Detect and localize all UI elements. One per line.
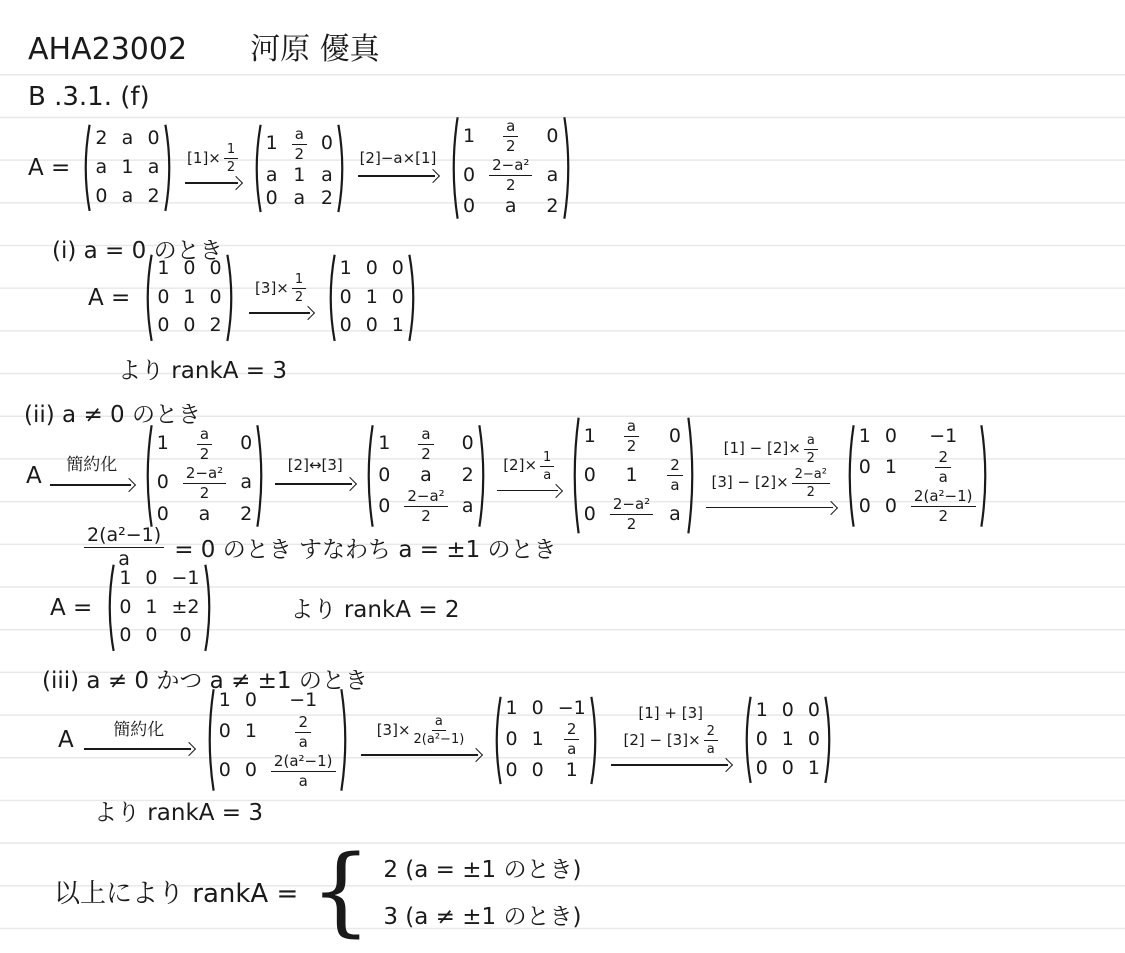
- matrix-cell: 2: [95, 129, 107, 149]
- matrix-cells: 10−101±2000: [115, 562, 203, 654]
- numerator: a: [432, 715, 446, 731]
- matrix-cell: 0: [119, 598, 131, 618]
- matrix-cell: a: [505, 197, 517, 217]
- reduction-label: 簡約化: [66, 456, 117, 476]
- matrix-cell: −1: [172, 569, 200, 589]
- right-paren: [824, 694, 835, 786]
- matrix-cell: 0: [462, 434, 474, 454]
- matrix-cell: 1: [219, 691, 231, 711]
- matrix-cell: −1: [289, 691, 317, 711]
- matrix-cell: 0: [340, 288, 352, 308]
- matrix-cell: 2: [210, 316, 222, 336]
- condition-text: = 0 のとき すなわち a = ±1 のとき: [174, 531, 556, 564]
- matrix-cell: a: [420, 466, 432, 486]
- matrix-cell: −1: [929, 427, 957, 447]
- matrix-cell: a2: [197, 427, 212, 462]
- left-paren: [80, 122, 91, 214]
- row-op-arrow: [2]× 1a: [497, 451, 561, 501]
- right-paren: [337, 122, 348, 215]
- matrix-cell: 0: [463, 166, 475, 186]
- row-op-arrow: [1]× 12: [185, 143, 241, 193]
- matrix-cell: 0: [245, 691, 257, 711]
- matrix-cell: a: [122, 129, 134, 149]
- matrix-cell: 0: [392, 288, 404, 308]
- matrix-cell: 0: [219, 722, 231, 742]
- fraction: 12: [292, 273, 306, 304]
- matrix-cell: 0: [157, 316, 169, 336]
- matrix-cell: a2: [292, 127, 307, 162]
- matrix-cell: 0: [584, 466, 596, 486]
- fraction: 12: [224, 143, 238, 174]
- matrix-lhs: A =: [88, 285, 130, 311]
- matrix-cell: 2: [240, 505, 252, 525]
- left-paren: [363, 422, 374, 530]
- left-paren: [251, 122, 262, 215]
- matrix-cell: 0: [782, 759, 794, 779]
- fraction: a2(a²−1): [414, 715, 465, 746]
- reduction-line-1: A = 2a0a1a0a2 [1]× 12 1a20a1a0a2 [2]−a×[…: [28, 114, 574, 222]
- row-op-label: [1] + [3]: [638, 705, 703, 722]
- arrow-line: [84, 743, 194, 755]
- matrix-cell: 1: [566, 761, 578, 781]
- matrix-cell: 0: [183, 259, 195, 279]
- matrix-cell: ±2: [172, 598, 200, 618]
- matrix: 2a0a1a0a2: [80, 122, 174, 214]
- right-paren: [408, 252, 419, 344]
- row-op-arrow: [3]× 12: [249, 273, 313, 323]
- denominator: 2(a²−1): [414, 731, 465, 746]
- denominator: a: [543, 467, 551, 482]
- left-paren: [142, 422, 153, 530]
- matrix-cell: a: [547, 166, 559, 186]
- matrix-cell: a2: [418, 427, 433, 462]
- fraction: 1a: [540, 451, 554, 482]
- matrix-cell: 2a: [667, 458, 683, 493]
- matrix-cell: 1: [119, 569, 131, 589]
- matrix: 1a2002−a²2a0a2: [448, 114, 574, 222]
- row-op-label: [2]↔[3]: [288, 457, 343, 474]
- right-paren: [687, 414, 698, 537]
- final-case-rank2: 2 (a = ±1 のとき): [383, 851, 581, 884]
- matrix-cell: a: [199, 505, 211, 525]
- matrix-cell: 2(a²−1)a: [271, 754, 336, 789]
- right-paren: [256, 422, 267, 530]
- matrix-cell: 0: [378, 497, 390, 517]
- left-paren: [741, 694, 752, 786]
- arrow-line: [275, 478, 355, 490]
- left-paren: [844, 422, 855, 530]
- row-op-label: [2]−a×[1]: [360, 150, 437, 167]
- right-paren: [590, 694, 601, 787]
- matrix-cell: 0: [95, 187, 107, 207]
- matrix-cell: 1: [183, 288, 195, 308]
- numerator: 2: [704, 725, 718, 741]
- matrix-cell: 0: [366, 259, 378, 279]
- right-paren: [164, 122, 175, 214]
- matrix-cell: 0: [506, 730, 518, 750]
- matrix: 1a20012a02−a²2a: [569, 414, 698, 537]
- reduction-arrow: 簡約化: [50, 456, 134, 495]
- matrix-cell: 0: [584, 505, 596, 525]
- matrix-cell: 2−a²2: [610, 497, 653, 532]
- denominator: 2: [227, 159, 235, 174]
- final-case-rank3: 3 (a ≠ ±1 のとき): [383, 898, 581, 931]
- denominator: 2: [807, 484, 815, 499]
- matrix-cell: a2: [503, 119, 518, 154]
- row-op-label: [1] − [2]× a2: [724, 434, 818, 465]
- matrix-cell: 1: [782, 730, 794, 750]
- row-op-label: [2] − [3]× 2a: [623, 725, 717, 756]
- left-paren: [204, 686, 215, 794]
- fraction: 2a: [704, 725, 718, 756]
- right-paren: [204, 562, 215, 654]
- denominator: 2: [807, 450, 815, 465]
- student-name: 河原 優真: [250, 32, 380, 67]
- final-conclusion: 以上により rankA = { 2 (a = ±1 のとき) 3 (a ≠ ±1…: [54, 848, 581, 934]
- final-cases: 2 (a = ±1 のとき) 3 (a ≠ ±1 のとき): [383, 851, 581, 931]
- matrix-cell: a2: [624, 419, 639, 454]
- matrix-cell: 0: [240, 434, 252, 454]
- matrix-cell: 0: [245, 761, 257, 781]
- matrix-cell: 0: [546, 127, 558, 147]
- right-paren: [340, 686, 351, 794]
- denominator: a: [707, 741, 715, 756]
- matrix-cell: 0: [210, 288, 222, 308]
- matrix-cell: a: [240, 473, 252, 493]
- matrix-cells: 1a200a202−a²2a: [374, 422, 478, 530]
- arrow-line: [185, 177, 241, 189]
- numerator: 1: [540, 451, 554, 467]
- matrix: 100010002: [142, 252, 236, 344]
- row-op-text: [1]×: [187, 150, 221, 167]
- matrix-cell: 1: [366, 288, 378, 308]
- matrix-cell: a: [266, 166, 278, 186]
- matrix-cell: 0: [157, 288, 169, 308]
- matrix-cell: a: [462, 497, 474, 517]
- matrix: 10−1012a001: [491, 694, 601, 787]
- matrix-cell: 1: [293, 166, 305, 186]
- matrix-cell: 0: [756, 730, 768, 750]
- problem-number: B .3.1. (f): [28, 82, 150, 112]
- matrix-cell: 1: [463, 127, 475, 147]
- matrix-cells: 1a2002−a²2a0a2: [459, 114, 563, 222]
- matrix-cell: 0: [148, 129, 160, 149]
- numerator: a: [804, 434, 818, 450]
- row-op-text: [3]×: [255, 280, 289, 297]
- matrix-cells: 1a20012a02−a²2a: [580, 414, 687, 537]
- matrix-cell: 2: [546, 197, 558, 217]
- matrix-cell: 0: [885, 497, 897, 517]
- matrix-cell: 2−a²2: [404, 489, 447, 524]
- row-op-arrow: [2]−a×[1]: [358, 150, 438, 186]
- arrow-line: [611, 759, 731, 771]
- matrix-cell: 0: [210, 259, 222, 279]
- arrow-line: [50, 479, 134, 491]
- row-op-text: [1] − [2]×: [724, 440, 801, 457]
- matrix-cell: 2: [462, 466, 474, 486]
- matrix-cell: a: [321, 166, 333, 186]
- matrix-cell: 0: [756, 759, 768, 779]
- row-op-text: [3] − [2]×: [711, 474, 788, 491]
- matrix-cell: 0: [463, 197, 475, 217]
- header-line: AHA23002 河原 優真: [28, 24, 380, 68]
- left-paren: [104, 562, 115, 654]
- matrix-cell: 1: [157, 434, 169, 454]
- matrix-cell: 1: [157, 259, 169, 279]
- matrix-cell: 2a: [935, 450, 951, 485]
- matrix-cell: 2: [148, 187, 160, 207]
- matrix-cell: 0: [808, 730, 820, 750]
- matrix-cell: −1: [558, 699, 586, 719]
- row-op-arrow: [1] − [2]× a2 [3] − [2]× 2−a²2: [706, 434, 836, 518]
- row-op-text: [2] − [3]×: [623, 732, 700, 749]
- matrix-cells: 10−1012a002(a²−1)a: [215, 686, 340, 794]
- right-paren: [226, 252, 237, 344]
- matrix-cell: 1: [885, 458, 897, 478]
- matrix-cell: 1: [121, 158, 133, 178]
- matrix-cell: 0: [859, 458, 871, 478]
- row-op-label: [1]× 12: [187, 143, 238, 174]
- right-paren: [563, 114, 574, 222]
- fraction: 2−a²2: [792, 468, 830, 499]
- arrow-line: [361, 749, 481, 761]
- matrix-cell: 2a: [564, 722, 580, 757]
- matrix-cell: 0: [321, 134, 333, 154]
- case-i-reduction: A = 100010002 [3]× 12 100010001: [88, 252, 419, 344]
- matrix-cell: 0: [378, 466, 390, 486]
- matrix-cell: 0: [145, 569, 157, 589]
- reduction-label: 簡約化: [113, 721, 164, 741]
- row-op-text: [3]×: [377, 722, 411, 739]
- matrix-cell: a: [148, 158, 160, 178]
- numerator: 1: [224, 143, 238, 159]
- matrix-cell: 0: [157, 473, 169, 493]
- matrix-cell: 0: [119, 626, 131, 646]
- matrix: 1a2002−a²2a0a2: [142, 422, 268, 530]
- matrix-cell: 0: [340, 316, 352, 336]
- matrix-cell: 0: [145, 626, 157, 646]
- denominator: 2: [295, 289, 303, 304]
- matrix-cell: a: [122, 187, 134, 207]
- matrix: 10−1012a002(a²−1)a: [204, 686, 351, 794]
- matrix-cell: 1: [532, 730, 544, 750]
- matrix: 10−1012a002(a²−1)2: [844, 422, 991, 530]
- matrix-cells: 10−1012a002(a²−1)2: [855, 422, 980, 530]
- right-paren: [478, 422, 489, 530]
- matrix-cell: 2−a²2: [183, 466, 226, 501]
- matrix-cell: 2(a²−1)2: [911, 489, 976, 524]
- matrix-cells: 100010001: [752, 694, 824, 786]
- matrix-cell: 0: [266, 189, 278, 209]
- matrix-cell: 1: [625, 466, 637, 486]
- matrix-cell: 2a: [295, 715, 311, 750]
- row-op-label: [3] − [2]× 2−a²2: [711, 468, 830, 499]
- matrix-cell: 0: [366, 316, 378, 336]
- left-paren: [491, 694, 502, 787]
- matrix-cell: 0: [859, 497, 871, 517]
- brace-icon: {: [310, 848, 371, 934]
- row-op-arrow: [3]× a2(a²−1): [361, 715, 481, 765]
- row-op-label: [2]× 1a: [503, 451, 554, 482]
- matrix-cell: 1: [378, 434, 390, 454]
- matrix-cell: 2: [321, 189, 333, 209]
- matrix-cell: 0: [808, 701, 820, 721]
- matrix-cell: 1: [245, 722, 257, 742]
- arrow-line: [706, 502, 836, 514]
- matrix-cell: 1: [756, 701, 768, 721]
- left-paren: [448, 114, 459, 222]
- notebook-page: AHA23002 河原 優真 B .3.1. (f) A = 2a0a1a0a2…: [0, 0, 1125, 953]
- numerator: 1: [292, 273, 306, 289]
- matrix: 10−101±2000: [104, 562, 214, 654]
- matrix-lhs: A =: [50, 595, 92, 621]
- matrix-cells: 1a2002−a²2a0a2: [153, 422, 257, 530]
- matrix-cell: 0: [506, 761, 518, 781]
- matrix-cells: 100010002: [153, 252, 225, 344]
- row-op-label: [3]× 12: [255, 273, 306, 304]
- course-id: AHA23002: [28, 32, 187, 67]
- left-paren: [569, 414, 580, 537]
- matrix-cell: 0: [885, 427, 897, 447]
- matrix-cell: a: [96, 158, 108, 178]
- final-lead: 以上により rankA =: [54, 873, 298, 910]
- reduction-arrow: 簡約化: [84, 721, 194, 760]
- case-ii-result: A = 10−101±2000 より rankA = 2: [50, 562, 460, 654]
- matrix-cell: 1: [506, 699, 518, 719]
- right-paren: [980, 422, 991, 530]
- matrix-cells: 100010001: [336, 252, 408, 344]
- matrix-cell: a: [293, 189, 305, 209]
- case-i-conclusion: より rankA = 3: [118, 352, 287, 385]
- matrix-cell: 1: [392, 316, 404, 336]
- matrix-cells: 2a0a1a0a2: [91, 122, 163, 214]
- matrix: 1a20a1a0a2: [251, 122, 348, 215]
- matrix-cell: 0: [219, 761, 231, 781]
- left-paren: [142, 252, 153, 344]
- case-ii-reduction: A 簡約化 1a2002−a²2a0a2 [2]↔[3] 1a200a202−a…: [26, 414, 991, 537]
- matrix-cell: 0: [782, 701, 794, 721]
- numerator: 2(a²−1): [84, 526, 164, 548]
- arrow-line: [249, 307, 313, 319]
- matrix: 100010001: [741, 694, 835, 786]
- matrix-cells: 10−1012a001: [502, 694, 590, 787]
- matrix-cell: 1: [340, 259, 352, 279]
- matrix-cell: 0: [157, 505, 169, 525]
- matrix: 100010001: [325, 252, 419, 344]
- matrix-cell: 0: [532, 761, 544, 781]
- case-iii-reduction: A 簡約化 10−1012a002(a²−1)a [3]× a2(a²−1) 1…: [58, 686, 835, 794]
- row-op-arrow: [1] + [3] [2] − [3]× 2a: [611, 705, 731, 775]
- matrix-cell: a: [669, 505, 681, 525]
- fraction: a2: [804, 434, 818, 465]
- matrix-cell: 0: [392, 259, 404, 279]
- matrix: 1a200a202−a²2a: [363, 422, 489, 530]
- arrow-line: [358, 170, 438, 182]
- left-paren: [325, 252, 336, 344]
- arrow-line: [497, 485, 561, 497]
- matrix-cell: 0: [183, 316, 195, 336]
- row-op-label: [3]× a2(a²−1): [377, 715, 465, 746]
- matrix-cell: 0: [669, 427, 681, 447]
- matrix-lhs: A: [58, 727, 74, 753]
- row-op-arrow: [2]↔[3]: [275, 457, 355, 493]
- matrix-cells: 1a20a1a0a2: [262, 122, 337, 215]
- matrix-cell: 1: [584, 427, 596, 447]
- matrix-cell: 1: [145, 598, 157, 618]
- matrix-cell: 1: [266, 134, 278, 154]
- row-op-text: [2]×: [503, 457, 537, 474]
- case-iii-conclusion: より rankA = 3: [94, 794, 263, 827]
- matrix-lhs: A: [26, 463, 42, 489]
- matrix-cell: 0: [532, 699, 544, 719]
- matrix-cell: 1: [808, 759, 820, 779]
- matrix-cell: 0: [179, 626, 191, 646]
- matrix-lhs: A =: [28, 155, 70, 181]
- matrix-cell: 2−a²2: [489, 158, 532, 193]
- matrix-cell: 1: [859, 427, 871, 447]
- numerator: 2−a²: [792, 468, 830, 484]
- case-ii-conclusion: より rankA = 2: [291, 591, 460, 624]
